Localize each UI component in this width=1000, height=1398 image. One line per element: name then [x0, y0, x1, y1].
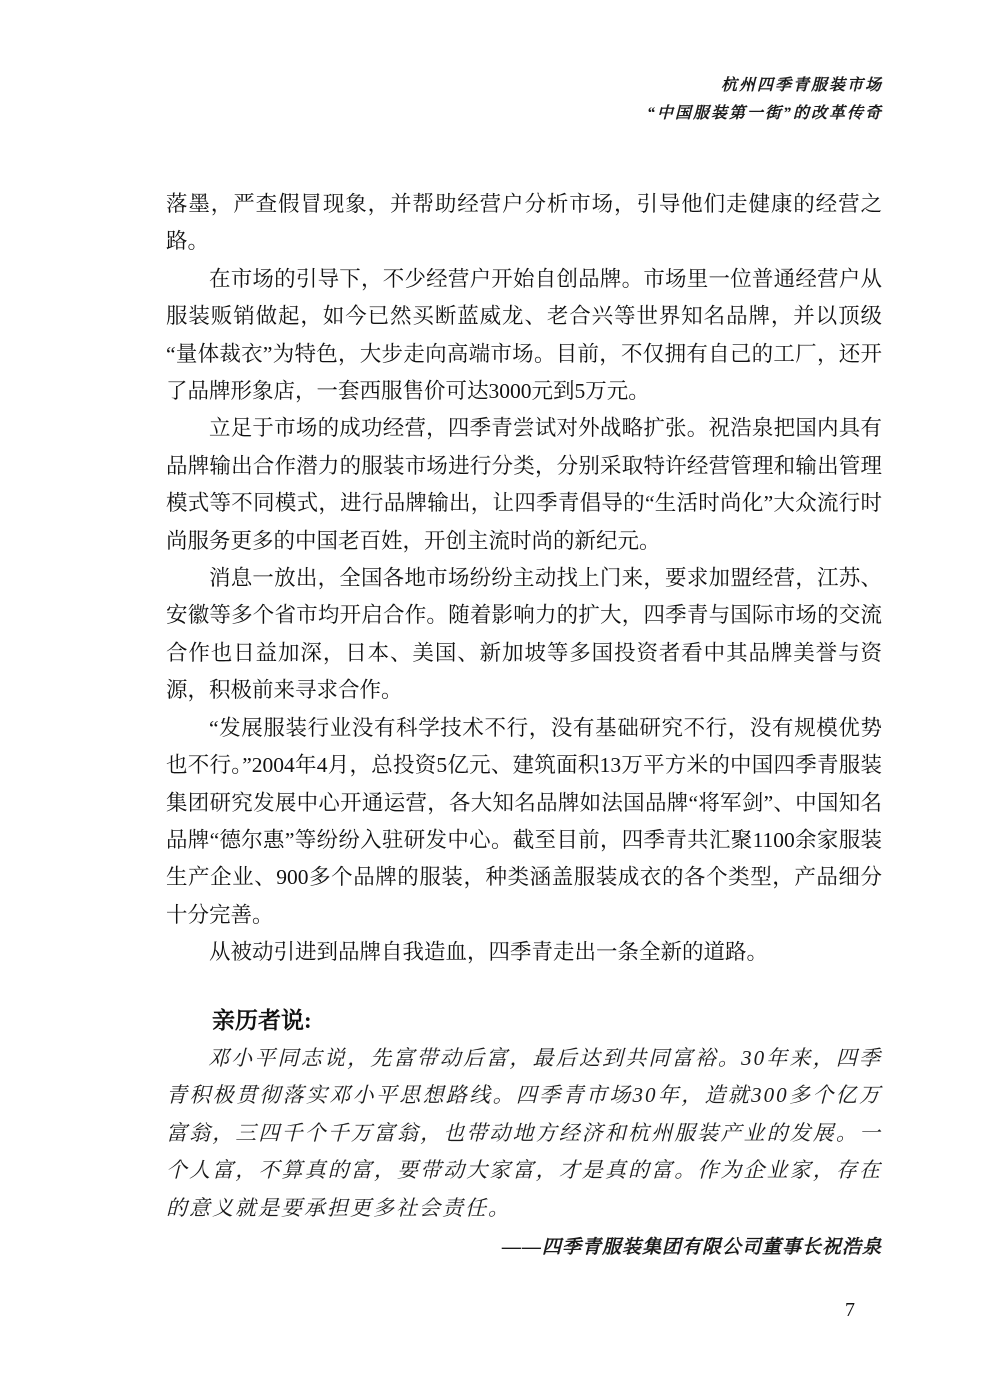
running-head-line2: “中国服装第一街”的改革传奇: [647, 100, 883, 128]
witness-section-heading: 亲历者说:: [166, 1002, 882, 1040]
running-head-line1: 杭州四季青服装市场: [647, 72, 883, 100]
body-paragraph: 立足于市场的成功经营，四季青尝试对外战略扩张。祝浩泉把国内具有品牌输出合作潜力的…: [166, 410, 882, 560]
body-paragraph: “发展服装行业没有科学技术不行，没有基础研究不行，没有规模优势也不行。”2004…: [166, 710, 882, 934]
witness-attribution: ——四季青服装集团有限公司董事长祝浩泉: [166, 1230, 882, 1266]
witness-quote: 邓小平同志说，先富带动后富，最后达到共同富裕。30年来，四季青积极贯彻落实邓小平…: [166, 1040, 882, 1228]
body-paragraph: 从被动引进到品牌自我造血，四季青走出一条全新的道路。: [166, 934, 882, 971]
main-text-block: 落墨，严查假冒现象，并帮助经营户分析市场，引导他们走健康的经营之路。 在市场的引…: [166, 186, 882, 1266]
running-head: 杭州四季青服装市场 “中国服装第一街”的改革传奇: [647, 72, 883, 128]
book-page: 杭州四季青服装市场 “中国服装第一街”的改革传奇 落墨，严查假冒现象，并帮助经营…: [0, 0, 1000, 1398]
body-paragraph: 在市场的引导下，不少经营户开始自创品牌。市场里一位普通经营户从服装贩销做起，如今…: [166, 261, 882, 411]
body-paragraph: 落墨，严查假冒现象，并帮助经营户分析市场，引导他们走健康的经营之路。: [166, 186, 882, 261]
page-number: 7: [845, 1296, 855, 1324]
body-paragraph: 消息一放出，全国各地市场纷纷主动找上门来，要求加盟经营，江苏、安徽等多个省市均开…: [166, 560, 882, 710]
